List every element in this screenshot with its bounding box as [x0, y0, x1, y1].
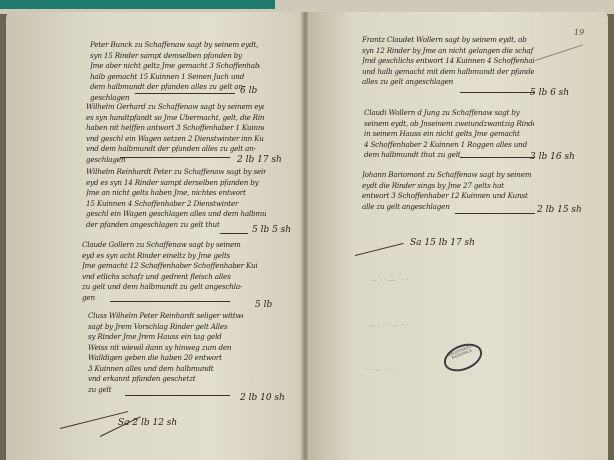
- left-amount-3: 5 lb 5 sh: [252, 225, 291, 235]
- entry-rule: [120, 157, 230, 158]
- right-amount-3: 2 lb 15 sh: [537, 205, 582, 215]
- right-total: Sa 15 lb 17 sh: [410, 238, 475, 248]
- folio-number: 19: [574, 28, 584, 37]
- right-entry-1: Frantz Claudet Wollern sagt by seinem ey…: [362, 35, 534, 88]
- right-amount-2: 3 lb 16 sh: [530, 152, 575, 162]
- entry-rule: [135, 93, 235, 94]
- entry-rule: [455, 213, 535, 214]
- bleed-through-text: — · · — · · ·: [370, 275, 408, 285]
- entry-rule: [460, 92, 535, 93]
- bleed-through-text: · · — · · ·: [365, 365, 394, 375]
- entry-rule: [110, 301, 230, 302]
- right-entry-3: Johann Bariomont zu Schaffenaw sagt by s…: [362, 170, 534, 212]
- left-amount-1: 6 lb: [240, 86, 257, 96]
- entry-rule: [460, 157, 535, 158]
- left-amount-5: 2 lb 10 sh: [240, 393, 285, 403]
- right-entry-2: Claudi Wollern d Jung zu Schaffenaw sagt…: [364, 108, 534, 161]
- teal-cover-edge: [0, 0, 275, 9]
- right-amount-1: 5 lb 6 sh: [530, 88, 569, 98]
- bleed-through-text: · — · · · — · ·: [365, 320, 408, 330]
- left-entry-5: Cluss Wilhelm Peter Reinhardt seliger wi…: [88, 311, 243, 395]
- left-amount-4: 5 lb: [255, 300, 272, 310]
- entry-rule: [220, 233, 248, 234]
- entry-rule: [125, 395, 230, 396]
- left-amount-2: 2 lb 17 sh: [237, 155, 282, 165]
- left-entry-4: Claude Gollern zu Schaffenaw sagt by sei…: [82, 240, 257, 303]
- left-entry-3: Wilhelm Reinhardt Peter zu Schaffenaw sa…: [86, 167, 266, 230]
- left-total: Sa 2 lb 12 sh: [118, 418, 177, 428]
